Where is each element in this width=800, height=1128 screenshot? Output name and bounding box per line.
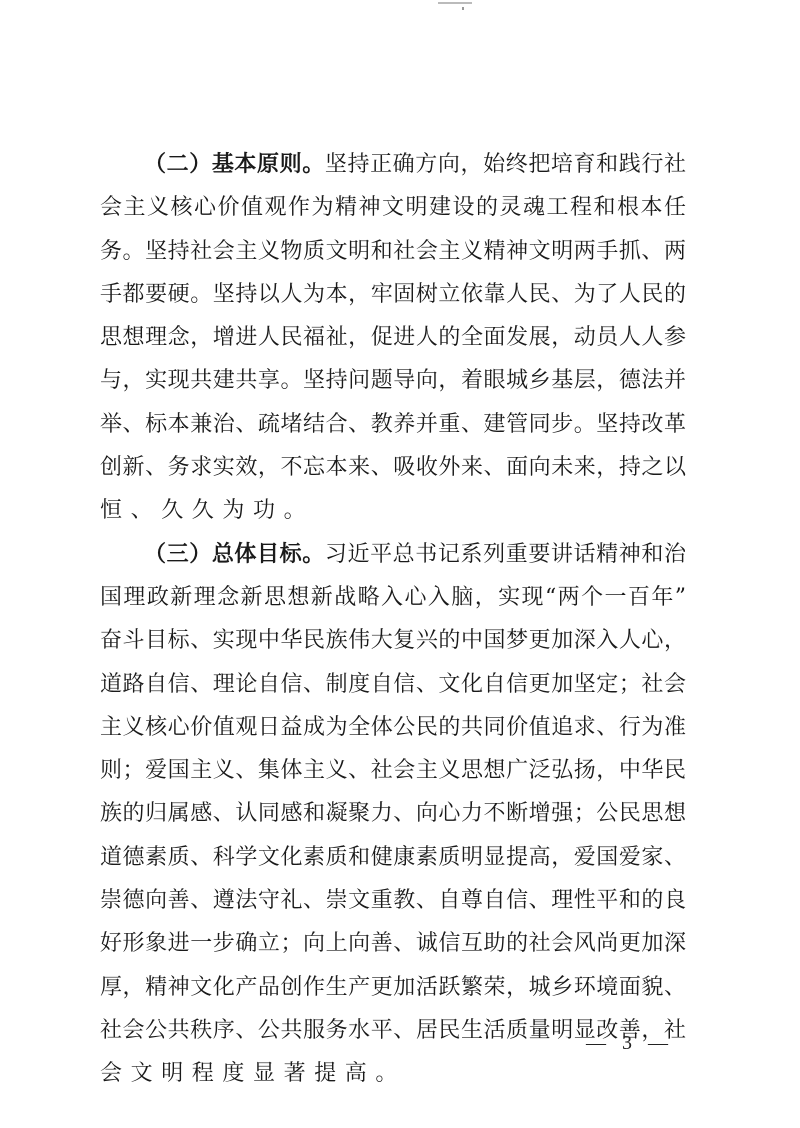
paragraph-principles-line-6: 与，实现共建共享。坚持问题导向，着眼城乡基层，德法并 [100,359,686,402]
paragraph-goals-line-5: 主义核心价值观日益成为全体公民的共同价值追求、行为准 [100,706,686,749]
paragraph-principles-line-4: 手都要硬。坚持以人为本，牢固树立依靠人民、为了人民的 [100,273,686,316]
paragraph-goals-line-9: 崇德向善、遵法守礼、崇文重教、自尊自信、理性平和的良 [100,879,686,922]
paragraph-goals-line-3: 奋斗目标、实现中华民族伟大复兴的中国梦更加深入人心， [100,619,686,662]
paragraph-goals-line-7: 族的归属感、认同感和凝聚力、向心力不断增强；公民思想 [100,792,686,835]
paragraph-goals-line-13: 会文明程度显著提高。 [100,1052,686,1095]
paragraph-principles-line-5: 思想理念，增进人民福祉，促进人的全面发展，动员人人参 [100,316,686,359]
paragraph-text: 坚持正确方向，始终把培育和践行社 [325,152,686,177]
paragraph-principles-line-1: （二）基本原则。坚持正确方向，始终把培育和践行社 [100,143,686,186]
paragraph-goals-line-4: 道路自信、理论自信、制度自信、文化自信更加坚定；社会 [100,663,686,706]
section-heading-goals: （三）总体目标。 [144,541,325,567]
paragraph-goals-line-1: （三）总体目标。习近平总书记系列重要讲话精神和治 [100,533,686,576]
paragraph-goals-line-2: 国理政新理念新思想新战略入心入脑，实现“两个一百年” [100,576,686,619]
page-number: — 3 — [586,1032,670,1055]
paragraph-goals-line-10: 好形象进一步确立；向上向善、诚信互助的社会风尚更加深 [100,922,686,965]
paragraph-principles-line-8: 创新、务求实效，不忘本来、吸收外来、面向未来，持之以 [100,446,686,489]
scan-artifact-mark [438,2,472,4]
scan-artifact-tick [462,7,464,10]
section-heading-principles: （二）基本原则。 [144,151,325,177]
document-body: （二）基本原则。坚持正确方向，始终把培育和践行社 会主义核心价值观作为精神文明建… [100,143,686,1096]
paragraph-goals-line-11: 厚，精神文化产品创作生产更加活跃繁荣，城乡环境面貌、 [100,966,686,1009]
paragraph-goals-line-8: 道德素质、科学文化素质和健康素质明显提高，爱国爱家、 [100,836,686,879]
paragraph-principles-line-9: 恒、久久为功。 [100,489,686,532]
paragraph-principles-line-7: 举、标本兼治、疏堵结合、教养并重、建管同步。坚持改革 [100,403,686,446]
paragraph-goals-line-6: 则；爱国主义、集体主义、社会主义思想广泛弘扬，中华民 [100,749,686,792]
paragraph-text: 习近平总书记系列重要讲话精神和治 [325,542,686,567]
paragraph-principles-line-3: 务。坚持社会主义物质文明和社会主义精神文明两手抓、两 [100,230,686,273]
paragraph-principles-line-2: 会主义核心价值观作为精神文明建设的灵魂工程和根本任 [100,186,686,229]
